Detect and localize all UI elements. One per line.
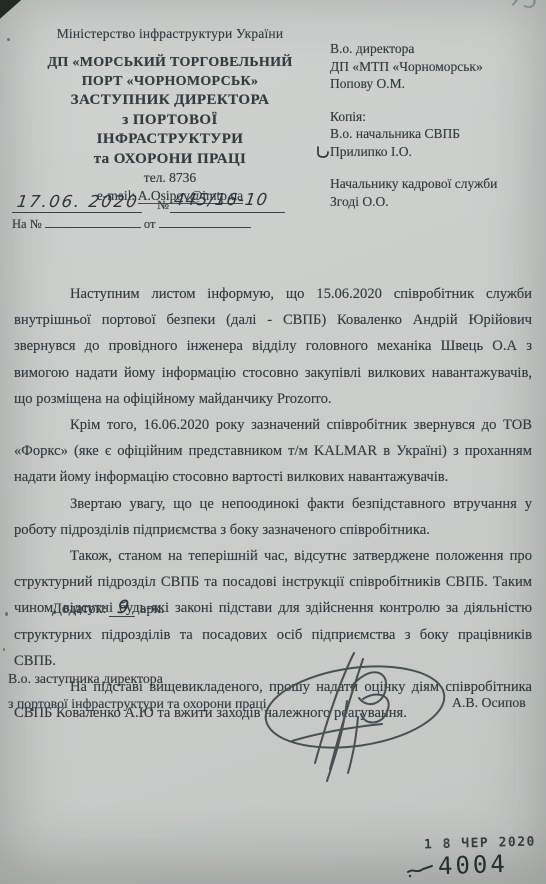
phone-line: тел. 8736 <box>10 169 330 187</box>
number-underline <box>170 212 285 213</box>
company-name-line2: ПОРТ «ЧОРНОМОРСЬК» <box>10 72 330 91</box>
date-underline <box>12 212 142 213</box>
scan-corner-artifact <box>0 0 28 24</box>
sender-position-line2: з ПОРТОВОЇ <box>10 111 330 131</box>
document-page: 75 Міністерство інфраструктури України Д… <box>0 0 546 884</box>
paper-speck <box>5 612 8 616</box>
copy-label: Копія: <box>330 108 535 126</box>
handwritten-squiggle-icon <box>405 862 435 878</box>
ot-label: от <box>144 217 156 231</box>
incoming-number-blank <box>45 216 141 228</box>
number-sign: № <box>157 198 169 213</box>
body-paragraph-2: Крім того, 16.06.2020 року зазначений сп… <box>14 412 532 491</box>
outgoing-date-handwritten: 17.06. 2020 <box>16 192 140 211</box>
corner-page-note: 75 <box>508 0 539 15</box>
sender-position-line1: ЗАСТУПНИК ДИРЕКТОРА <box>10 91 330 111</box>
ministry-line: Міністерство інфраструктури України <box>10 26 330 42</box>
incoming-ref-line: На № от <box>12 216 251 232</box>
addressee-copy-line1: В.о. начальника СВПБ <box>330 125 535 143</box>
attachment-label: Додаток: <box>52 601 107 617</box>
sender-position-line3: ІНФРАСТРУКТУРИ <box>10 130 330 150</box>
addressee-to-line3: Попову О.М. <box>330 75 535 93</box>
attachment-row: Додаток: 9 арк. <box>52 600 164 618</box>
addressee-copy-line2: Прилипко І.О. <box>330 144 412 159</box>
addressee-to-line1: В.о. директора <box>330 40 535 58</box>
signature-scrawl <box>258 645 463 795</box>
attachment-unit: арк. <box>140 601 164 617</box>
paper-speck <box>3 648 5 651</box>
handwritten-check-icon <box>316 145 330 159</box>
signatory-name: А.В. Осипов <box>452 695 526 711</box>
incoming-number-stamp: 4004 <box>438 850 509 880</box>
addressee-block: В.о. директора ДП «МТП «Чорноморськ» Поп… <box>330 40 535 210</box>
company-name-line1: ДП «МОРСЬКИЙ ТОРГОВЕЛЬНИЙ <box>10 53 330 72</box>
attachment-count-handwritten: 9 <box>109 600 137 617</box>
body-paragraph-1: Наступним листом інформую, що 15.06.2020… <box>14 281 532 412</box>
addressee-copy-line2-wrap: Прилипко І.О. <box>330 143 535 161</box>
body-paragraph-3: Звертаю увагу, що це непоодинокі факти б… <box>14 491 532 543</box>
na-label: На № <box>12 217 42 231</box>
addressee-to-line2: ДП «МТП «Чорноморськ» <box>330 58 535 76</box>
incoming-date-blank <box>159 216 251 228</box>
sender-position-line4: та ОХОРОНИ ПРАЦІ <box>10 150 330 170</box>
addressee-hr-line1: Начальнику кадрової служби <box>330 175 535 193</box>
addressee-hr-line2: Згоді О.О. <box>330 193 535 211</box>
outgoing-number-handwritten: 445/16-10 <box>173 190 270 209</box>
letterhead: Міністерство інфраструктури України ДП «… <box>10 26 330 205</box>
